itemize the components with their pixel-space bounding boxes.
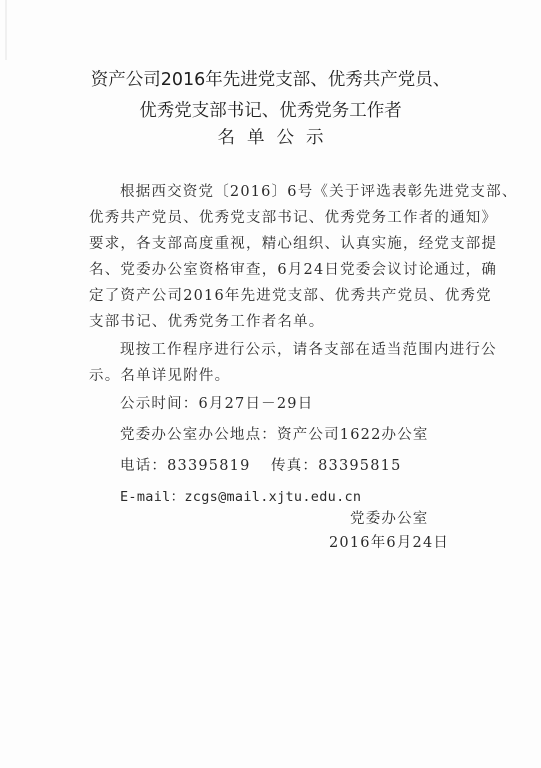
title-line-3: 名单公示 — [0, 124, 541, 149]
signature-office: 党委办公室 — [350, 507, 429, 528]
signature-date: 2016年6月24日 — [329, 531, 449, 552]
scan-edge — [5, 0, 7, 60]
office-location: 党委办公室办公地点：资产公司1622办公室 — [120, 423, 429, 444]
body-line: 示。名单详见附件。 — [89, 364, 230, 385]
body-line: 要求，各支部高度重视，精心组织、认真实施，经党支部提 — [89, 232, 497, 253]
document-page: 资产公司2016年先进党支部、优秀共产党员、 优秀党支部书记、优秀党务工作者 名… — [0, 0, 541, 768]
publicity-period: 公示时间：6月27日－29日 — [120, 392, 313, 413]
body-line: 根据西交资党〔2016〕6号《关于评选表彰先进党支部、 — [120, 180, 518, 201]
phone: 电话：83395819 — [120, 454, 251, 475]
body-line: 支部书记、优秀党务工作者名单。 — [89, 310, 325, 331]
body-line: 名、党委办公室资格审查，6月24日党委会议讨论通过，确 — [89, 258, 497, 279]
email: E-mail：zcgs@mail.xjtu.edu.cn — [120, 485, 361, 505]
body-line: 定了资产公司2016年先进党支部、优秀共产党员、优秀党 — [89, 284, 492, 305]
body-line: 优秀共产党员、优秀党支部书记、优秀党务工作者的通知》 — [89, 206, 497, 227]
fax: 传真：83395815 — [271, 454, 402, 475]
title-line-2: 优秀党支部书记、优秀党务工作者 — [0, 97, 541, 122]
title-line-1: 资产公司2016年先进党支部、优秀共产党员、 — [0, 66, 541, 91]
body-line: 现按工作程序进行公示，请各支部在适当范围内进行公 — [120, 338, 497, 359]
